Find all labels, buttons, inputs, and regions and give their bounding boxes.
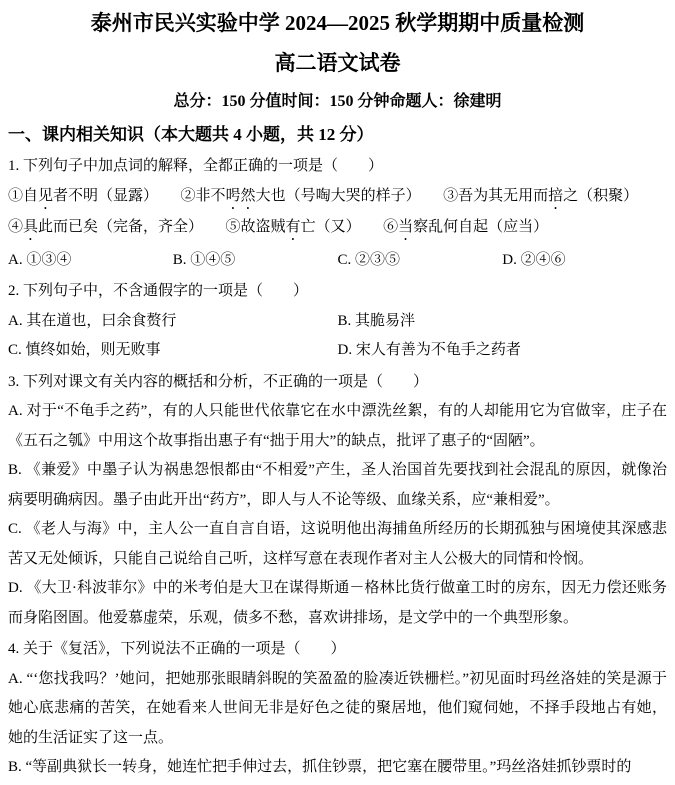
q4-option-a: A. “‘您找我吗？’她问，把她那张眼睛斜睨的笑盈盈的脸凑近铁栅栏。”初见面时玛… bbox=[8, 665, 667, 754]
q3-stem: 3. 下列对课文有关内容的概括和分析，不正确的一项是（ ） bbox=[8, 368, 667, 398]
q2-option-a: A. 其在道也，曰余食赘行 bbox=[8, 307, 338, 337]
q2-option-c: C. 慎终如始，则无败事 bbox=[8, 336, 338, 366]
q3-option-b: B. 《兼爱》中墨子认为祸患怨恨都由“不相爱”产生，圣人治国首先要找到社会混乱的… bbox=[8, 456, 667, 515]
q3-option-d: D. 《大卫·科波菲尔》中的米考伯是大卫在谋得斯通－格林比货行做童工时的房东，因… bbox=[8, 574, 667, 633]
q4-stem: 4. 关于《复活》，下列说法不正确的一项是（ ） bbox=[8, 635, 667, 665]
exam-meta-line: 总分：150 分值时间：150 分钟命题人：徐建明 bbox=[8, 91, 667, 112]
q4-option-b: B. “等副典狱长一转身，她连忙把手伸过去，抓住钞票，把它塞在腰带里。”玛丝洛娃… bbox=[8, 753, 667, 783]
q1-stem: 1. 下列句子中加点词的解释，全都正确的一项是（ ） bbox=[8, 152, 667, 182]
q3-option-a: A. 对于“不龟手之药”，有的人只能世代依靠它在水中漂洗丝絮，有的人却能用它为官… bbox=[8, 397, 667, 456]
exam-subtitle: 高二语文试卷 bbox=[8, 48, 667, 78]
exam-body: 1. 下列句子中加点词的解释，全都正确的一项是（ ） ①自见者不明（显露） ②非… bbox=[8, 152, 667, 783]
q2-option-d: D. 宋人有善为不龟手之药者 bbox=[338, 336, 668, 366]
q1-options: A. ①③④ B. ①④⑤ C. ②③⑤ D. ②④⑥ bbox=[8, 246, 667, 276]
exam-title: 泰州市民兴实验中学 2024—2025 秋学期期中质量检测 bbox=[8, 8, 667, 38]
q1-option-d: D. ②④⑥ bbox=[502, 246, 667, 276]
exam-paper: 泰州市民兴实验中学 2024—2025 秋学期期中质量检测 高二语文试卷 总分：… bbox=[0, 0, 675, 785]
q1-option-c: C. ②③⑤ bbox=[338, 246, 503, 276]
q2-stem: 2. 下列句子中，不含通假字的一项是（ ） bbox=[8, 277, 667, 307]
q1-option-b: B. ①④⑤ bbox=[173, 246, 338, 276]
section-heading: 一、课内相关知识（本大题共 4 小题，共 12 分） bbox=[8, 123, 667, 147]
q3-option-c: C. 《老人与海》中，主人公一直自言自语，这说明他出海捕鱼所经历的长期孤独与困境… bbox=[8, 515, 667, 574]
q1-items-line2: ④具此而已矣（完备，齐全） ⑤故盗贼有亡（又） ⑥当察乱何自起（应当） bbox=[8, 213, 667, 244]
q1-items-line1: ①自见者不明（显露） ②非不呺然大也（号啕大哭的样子） ③吾为其无用而掊之（积聚… bbox=[8, 182, 667, 213]
q1-option-a: A. ①③④ bbox=[8, 246, 173, 276]
q2-options: A. 其在道也，曰余食赘行 B. 其脆易泮 C. 慎终如始，则无败事 D. 宋人… bbox=[8, 307, 667, 366]
q2-option-b: B. 其脆易泮 bbox=[338, 307, 668, 337]
